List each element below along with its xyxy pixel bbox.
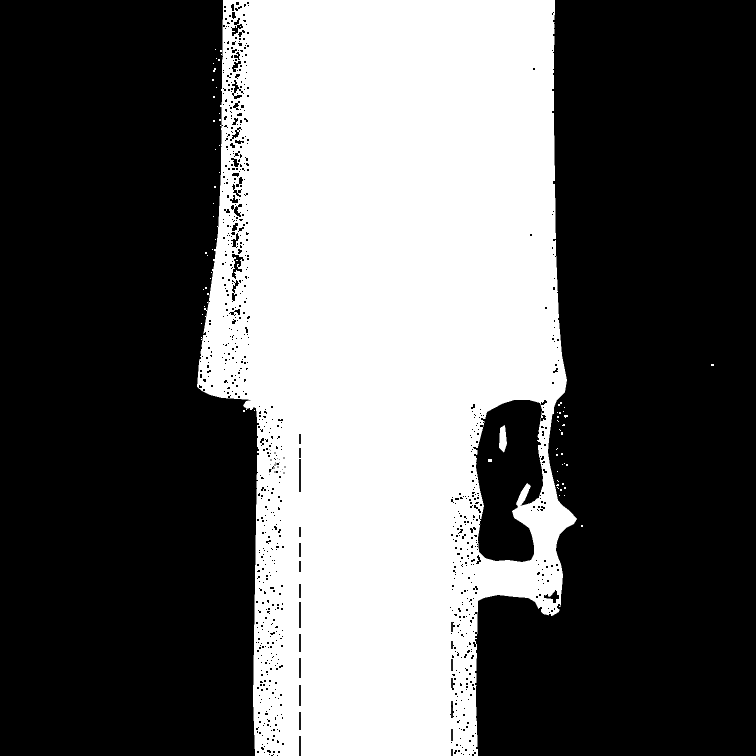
left-top-edge-noise-speckle <box>222 56 223 57</box>
left-bottom-edge-noise-speckle <box>265 439 266 440</box>
left-top-inner-string-speckle <box>240 235 241 236</box>
left-top-edge-noise-speckle <box>227 294 229 296</box>
right-bottom-edge-noise-speckle <box>459 610 461 612</box>
right-bottom-edge-noise-speckle <box>476 542 477 543</box>
left-top-edge-noise-speckle <box>228 244 229 245</box>
right-bottom-edge-noise-speckle <box>464 521 466 523</box>
left-bottom-edge-noise-speckle <box>273 656 274 657</box>
left-top-edge-noise-speckle <box>246 119 247 120</box>
left-top-edge-noise-speckle <box>244 61 246 63</box>
void-left-fringe-noise-speckle <box>481 425 483 427</box>
left-bottom-edge-noise-speckle <box>270 556 271 557</box>
right-bottom-edge-noise-speckle <box>466 609 468 611</box>
left-bottom-edge-noise-speckle <box>265 506 267 508</box>
void-left-fringe-noise-speckle <box>470 435 471 436</box>
void-left-fringe-noise-speckle <box>471 451 472 452</box>
left-top-edge-noise-speckle <box>232 219 233 220</box>
left-bottom-edge-noise-speckle <box>278 751 280 753</box>
left-top-edge-noise-speckle <box>244 194 245 195</box>
right-bottom-edge-noise-speckle <box>477 546 478 547</box>
tail-white-fringe-speckle <box>243 410 245 412</box>
left-bottom-edge-noise-speckle <box>273 619 275 621</box>
left-top-edge-noise-speckle <box>237 128 239 130</box>
left-top-outer-white-specks-speckle <box>215 49 216 50</box>
right-top-edge-jitter-speckle <box>552 248 553 249</box>
left-bottom-edge-noise-speckle <box>276 455 277 456</box>
void-left-fringe-noise-speckle <box>476 540 477 541</box>
left-top-edge-noise-speckle <box>224 183 225 184</box>
void-left-fringe-noise-speckle <box>482 432 484 434</box>
channel-outer-white-specks-speckle <box>556 485 557 486</box>
left-top-outer-white-specks-speckle <box>214 307 215 308</box>
left-bottom-edge-noise-speckle <box>273 466 274 467</box>
left-top-inner-string-speckle <box>235 26 236 27</box>
left-top-inner-string-speckle <box>233 240 236 243</box>
left-top-edge-noise-speckle <box>234 216 235 217</box>
left-bottom-edge-noise-speckle <box>262 487 264 489</box>
left-bottom-edge-noise-speckle <box>257 751 259 753</box>
left-top-inner-string-speckle <box>238 141 241 144</box>
void-left-fringe-noise-speckle <box>480 538 482 540</box>
left-top-inner-string-speckle <box>232 164 233 165</box>
left-top-inner-string-speckle <box>233 269 236 272</box>
right-bottom-edge-noise-speckle <box>460 684 462 686</box>
left-bottom-edge-noise-speckle <box>273 735 275 737</box>
left-top-edge-noise-speckle <box>224 284 226 286</box>
left-bottom-edge-noise-speckle <box>279 634 280 635</box>
right-bottom-edge-noise-speckle <box>469 740 471 742</box>
left-bottom-edge-noise-speckle <box>264 746 265 747</box>
left-top-inner-string-speckle <box>238 43 239 44</box>
channel-ragged-noise-speckle <box>539 420 540 421</box>
channel-ragged-noise-speckle <box>534 454 535 455</box>
left-top-inner-string-speckle <box>238 258 239 259</box>
left-bottom-edge-noise-speckle <box>269 613 270 614</box>
left-top-edge-noise-speckle <box>235 107 236 108</box>
left-top-inner-string-speckle <box>232 283 233 284</box>
left-top-edge-noise-speckle <box>243 93 244 94</box>
finger-boundary-noise-speckle <box>537 573 539 575</box>
left-top-inner-string-speckle <box>234 259 236 261</box>
left-top-edge-noise-speckle <box>231 158 233 160</box>
left-top-outer-white-specks-speckle <box>220 273 222 275</box>
right-bottom-edge-noise-speckle <box>458 533 459 534</box>
channel-ragged-noise-speckle <box>541 448 542 449</box>
void-left-fringe-noise-speckle <box>485 518 487 520</box>
left-top-edge-noise-speckle <box>235 351 236 352</box>
left-top-inner-string-speckle <box>241 179 243 181</box>
right-bottom-edge-noise-speckle <box>466 683 468 685</box>
right-bottom-edge-noise-speckle <box>475 671 477 673</box>
left-bottom-edge-noise-speckle <box>273 754 274 755</box>
vertical-scratch-line <box>299 736 301 756</box>
left-top-edge-noise-speckle <box>236 234 238 236</box>
left-bottom-edge-noise-speckle <box>282 636 283 637</box>
left-shoulder-edge-noise-speckle <box>199 317 200 318</box>
left-bottom-edge-noise-speckle <box>259 406 260 407</box>
right-bottom-edge-noise-speckle <box>475 725 476 726</box>
shoulder-outer-white-specks-speckle <box>203 289 204 290</box>
left-top-edge-noise-speckle <box>245 393 247 395</box>
left-bottom-edge-noise-speckle <box>263 684 265 686</box>
channel-ragged-noise-speckle <box>543 507 545 509</box>
left-shoulder-edge-noise-speckle <box>207 242 208 243</box>
right-bottom-edge-noise-speckle <box>473 642 475 644</box>
left-bottom-edge-noise-speckle <box>263 416 264 417</box>
left-shoulder-edge-noise-speckle <box>199 385 200 386</box>
left-top-inner-string-speckle <box>238 74 240 76</box>
left-top-inner-string-speckle <box>235 200 236 201</box>
tail-white-fringe-speckle <box>250 403 251 404</box>
left-bottom-edge-noise-speckle <box>266 422 267 423</box>
left-bottom-edge-noise-speckle <box>268 720 270 722</box>
right-top-edge-jitter-speckle <box>555 239 556 240</box>
left-shoulder-edge-noise-speckle <box>203 315 204 316</box>
channel-outer-white-specks-speckle <box>560 489 562 491</box>
right-bottom-edge-noise-speckle <box>460 683 461 684</box>
right-bottom-edge-noise-speckle <box>470 681 472 683</box>
left-bottom-edge-noise-speckle <box>266 413 267 414</box>
left-top-edge-noise-speckle <box>246 329 248 331</box>
left-top-edge-noise-speckle <box>234 182 235 183</box>
left-top-edge-noise-speckle <box>223 88 224 89</box>
left-top-edge-noise-speckle <box>245 157 246 158</box>
left-top-edge-noise-speckle <box>248 277 249 278</box>
channel-ragged-noise-speckle <box>539 458 540 459</box>
left-bottom-edge-noise-speckle <box>264 592 266 594</box>
left-shoulder-edge-noise-speckle <box>203 379 205 381</box>
void-left-fringe-noise-speckle <box>480 409 481 410</box>
right-bottom-edge-noise-speckle <box>458 608 460 610</box>
left-top-edge-noise-speckle <box>246 269 247 270</box>
white-speck-right-background <box>711 364 714 366</box>
right-bottom-edge-noise-speckle <box>466 633 467 634</box>
left-top-edge-noise-speckle <box>230 395 231 396</box>
left-top-inner-string-speckle <box>232 240 233 241</box>
left-top-edge-noise-speckle <box>228 279 230 281</box>
channel-ragged-noise-speckle <box>542 431 544 433</box>
right-bottom-edge-noise-speckle <box>480 693 481 694</box>
left-bottom-edge-noise-speckle <box>273 590 275 592</box>
left-shoulder-edge-noise-speckle <box>203 267 204 268</box>
left-top-edge-noise-speckle <box>225 100 227 102</box>
channel-outer-white-specks-speckle <box>564 487 566 489</box>
void-left-fringe-noise-speckle <box>476 455 477 456</box>
left-top-inner-string-speckle <box>233 173 236 176</box>
left-top-edge-noise-speckle <box>239 89 241 91</box>
left-top-inner-string-speckle <box>239 113 242 116</box>
right-bottom-edge-noise-speckle <box>466 565 467 566</box>
left-bottom-edge-noise-speckle <box>277 546 279 548</box>
right-bottom-edge-noise-speckle <box>454 578 455 579</box>
left-bottom-edge-noise-speckle <box>257 423 259 425</box>
left-top-edge-noise-speckle <box>244 6 245 7</box>
left-bottom-edge-noise-speckle <box>264 680 266 682</box>
left-top-edge-noise-speckle <box>230 336 231 337</box>
left-top-edge-noise-speckle <box>231 375 233 377</box>
void-left-fringe-noise-speckle <box>474 414 475 415</box>
right-bottom-edge-noise-speckle <box>466 689 467 690</box>
left-top-edge-noise-speckle <box>242 141 244 143</box>
left-bottom-edge-noise-speckle <box>259 552 260 553</box>
channel-outer-white-specks-speckle <box>561 453 563 455</box>
left-top-edge-noise-speckle <box>244 334 245 335</box>
left-bottom-edge-noise-speckle <box>282 718 283 719</box>
left-bottom-edge-noise-speckle <box>271 406 273 408</box>
left-top-inner-string-speckle <box>235 103 238 106</box>
left-top-edge-noise-speckle <box>229 105 230 106</box>
left-shoulder-edge-noise-speckle <box>197 357 198 358</box>
left-bottom-edge-noise-speckle <box>256 601 258 603</box>
left-bottom-edge-noise-speckle <box>280 704 282 706</box>
void-left-fringe-noise-speckle <box>486 496 487 497</box>
right-bottom-edge-noise-speckle <box>460 630 461 631</box>
channel-ragged-noise-speckle <box>538 424 539 425</box>
left-bottom-edge-noise-speckle <box>270 633 271 634</box>
right-bottom-edge-noise-speckle <box>467 549 468 550</box>
right-bottom-edge-noise-speckle <box>468 699 469 700</box>
shoulder-outer-white-specks-speckle <box>202 314 203 315</box>
left-shoulder-edge-noise-speckle <box>211 351 212 352</box>
channel-ragged-noise-speckle <box>532 469 533 470</box>
left-top-edge-noise-speckle <box>246 369 247 370</box>
left-top-edge-noise-speckle <box>247 143 248 144</box>
right-bottom-edge-noise-speckle <box>460 745 461 746</box>
right-bottom-edge-noise-speckle <box>454 678 456 680</box>
channel-ragged-noise-speckle <box>532 484 533 485</box>
right-bottom-edge-noise-speckle <box>467 646 468 647</box>
left-top-edge-noise-speckle <box>240 252 241 253</box>
right-bottom-edge-noise-speckle <box>452 707 453 708</box>
channel-ragged-noise-speckle <box>538 432 539 433</box>
left-top-edge-noise-speckle <box>223 237 225 239</box>
void-left-fringe-noise-speckle <box>474 535 475 536</box>
right-bottom-edge-noise-speckle <box>451 633 452 634</box>
left-top-edge-noise-speckle <box>223 25 225 27</box>
left-top-inner-string-speckle <box>239 131 240 132</box>
left-top-edge-noise-speckle <box>229 328 230 329</box>
right-bottom-edge-noise-speckle <box>462 566 463 567</box>
channel-ragged-noise-speckle <box>532 485 534 487</box>
left-top-inner-string-speckle <box>239 317 241 319</box>
left-top-edge-noise-speckle <box>242 30 244 32</box>
left-bottom-edge-noise-speckle <box>262 646 264 648</box>
left-top-edge-noise-speckle <box>228 41 229 42</box>
finger-boundary-noise-speckle <box>540 607 542 609</box>
right-bottom-edge-noise-speckle <box>466 616 467 617</box>
left-shoulder-edge-noise-speckle <box>206 276 207 277</box>
left-top-edge-noise-speckle <box>227 149 228 150</box>
left-top-edge-noise-speckle <box>240 24 242 26</box>
left-top-edge-noise-speckle <box>227 392 229 394</box>
right-bottom-edge-noise-speckle <box>456 670 457 671</box>
left-top-edge-noise-speckle <box>227 22 229 24</box>
void-left-fringe-noise-speckle <box>482 547 484 549</box>
left-top-outer-white-specks-speckle <box>221 89 223 91</box>
right-bottom-edge-noise-speckle <box>452 657 453 658</box>
left-top-inner-string-speckle <box>238 7 240 9</box>
left-top-edge-noise-speckle <box>229 77 230 78</box>
finger-boundary-noise-speckle <box>546 566 548 568</box>
left-shoulder-edge-noise-speckle <box>209 283 211 285</box>
right-bottom-edge-noise-speckle <box>451 534 453 536</box>
left-top-edge-noise-speckle <box>240 368 241 369</box>
left-top-edge-noise-speckle <box>245 78 246 79</box>
void-left-fringe-noise-speckle <box>483 451 485 453</box>
left-bottom-edge-noise-speckle <box>260 702 261 703</box>
void-left-fringe-noise-speckle <box>471 471 473 473</box>
left-bottom-edge-noise-speckle <box>268 541 269 542</box>
channel-outer-white-specks-speckle <box>560 430 561 431</box>
shoulder-outer-white-specks-speckle <box>201 337 202 338</box>
left-bottom-edge-noise-speckle <box>271 492 273 494</box>
channel-ragged-noise-speckle <box>541 458 543 460</box>
left-top-edge-noise-speckle <box>223 344 224 345</box>
right-top-edge-jitter-speckle <box>554 59 556 61</box>
left-top-inner-string-speckle <box>234 96 237 99</box>
left-bottom-edge-noise-speckle <box>277 715 278 716</box>
gray-speckle-patch-speckle <box>274 471 276 473</box>
left-top-edge-noise-speckle <box>247 317 249 319</box>
left-bottom-edge-noise-speckle <box>272 529 273 530</box>
left-bottom-edge-noise-speckle <box>271 706 272 707</box>
finger-boundary-noise-speckle <box>542 569 543 570</box>
right-bottom-edge-noise-speckle <box>473 745 474 746</box>
left-top-inner-string-speckle <box>238 309 240 311</box>
left-top-outer-white-specks-speckle <box>220 373 222 375</box>
left-shoulder-edge-noise-speckle <box>202 255 204 257</box>
right-top-edge-jitter-speckle <box>556 185 557 186</box>
left-top-edge-noise-speckle <box>225 52 226 53</box>
left-top-edge-noise-speckle <box>247 2 249 4</box>
void-left-fringe-noise-speckle <box>477 493 478 494</box>
left-top-inner-string-speckle <box>233 272 234 273</box>
shoulder-outer-white-specks-speckle <box>204 374 206 376</box>
left-shoulder-edge-noise-speckle <box>211 258 213 260</box>
left-top-edge-noise-speckle <box>244 381 245 382</box>
right-top-edge-jitter-speckle <box>558 360 559 361</box>
left-top-edge-noise-speckle <box>232 308 234 310</box>
right-bottom-edge-noise-speckle <box>476 650 478 652</box>
left-top-inner-string-speckle <box>234 265 237 268</box>
channel-ragged-noise-speckle <box>536 496 538 498</box>
left-top-inner-string-speckle <box>233 69 236 72</box>
left-top-inner-string-speckle <box>235 283 238 286</box>
void-left-fringe-noise-speckle <box>483 484 485 486</box>
left-top-edge-noise-speckle <box>222 263 224 265</box>
left-shoulder-edge-noise-speckle <box>203 260 205 262</box>
finger-boundary-noise-speckle <box>554 598 556 600</box>
tail-white-fringe-speckle <box>253 399 255 401</box>
right-bottom-edge-noise-speckle <box>466 518 467 519</box>
left-bottom-edge-noise-speckle <box>265 409 266 410</box>
left-shoulder-edge-noise-speckle <box>202 356 203 357</box>
channel-ragged-noise-speckle <box>538 510 539 511</box>
left-top-edge-noise-speckle <box>247 321 248 322</box>
left-top-inner-string-speckle <box>239 69 241 71</box>
left-top-edge-noise-speckle <box>230 154 231 155</box>
shoulder-outer-white-specks-speckle <box>207 293 209 295</box>
right-bottom-edge-noise-speckle <box>458 750 460 752</box>
void-left-fringe-noise-speckle <box>473 404 475 406</box>
left-bottom-edge-noise-speckle <box>267 642 269 644</box>
void-left-fringe-noise-speckle <box>471 546 473 548</box>
left-bottom-edge-noise-speckle <box>280 520 281 521</box>
left-top-edge-noise-speckle <box>233 281 234 282</box>
left-top-edge-noise-speckle <box>230 111 231 112</box>
left-shoulder-edge-noise-speckle <box>203 313 205 315</box>
channel-ragged-noise-speckle <box>534 405 535 406</box>
channel-ragged-noise-speckle <box>541 402 542 403</box>
shoulder-outer-white-specks-speckle <box>214 316 215 317</box>
shoulder-outer-white-specks-speckle <box>210 278 211 279</box>
left-top-edge-noise-speckle <box>240 212 241 213</box>
right-bottom-edge-noise-speckle <box>478 542 479 543</box>
void-left-fringe-noise-speckle <box>472 493 473 494</box>
right-bottom-edge-noise-speckle <box>453 502 454 503</box>
tail-white-fringe-speckle <box>256 407 257 408</box>
right-bottom-edge-noise-speckle <box>459 535 460 536</box>
left-top-edge-noise-speckle <box>223 219 224 220</box>
channel-ragged-noise-speckle <box>533 506 535 508</box>
gray-speckle-patch-speckle <box>274 464 276 466</box>
left-top-edge-noise-speckle <box>225 140 226 141</box>
right-bottom-edge-noise-speckle <box>455 750 457 752</box>
shoulder-outer-white-specks-speckle <box>206 310 207 311</box>
right-bottom-edge-noise-speckle <box>475 683 477 685</box>
left-top-edge-noise-speckle <box>229 161 230 162</box>
left-top-edge-noise-speckle <box>231 236 232 237</box>
left-bottom-edge-noise-speckle <box>275 724 277 726</box>
left-bottom-edge-noise-speckle <box>261 489 263 491</box>
left-bottom-edge-noise-speckle <box>278 507 279 508</box>
right-bottom-edge-noise-speckle <box>465 524 466 525</box>
channel-outer-white-specks-speckle <box>557 484 559 486</box>
left-bottom-edge-noise-speckle <box>257 571 258 572</box>
left-bottom-edge-noise-speckle <box>281 446 282 447</box>
left-bottom-edge-noise-speckle <box>267 509 268 510</box>
tail-white-fringe-speckle <box>246 409 247 410</box>
left-top-edge-noise-speckle <box>227 382 228 383</box>
left-bottom-edge-noise-speckle <box>273 740 274 741</box>
left-top-inner-string-speckle <box>234 55 237 58</box>
gray-speckle-patch-speckle <box>269 474 270 475</box>
right-bottom-edge-noise-speckle <box>470 599 472 601</box>
left-top-edge-noise-speckle <box>232 337 233 338</box>
left-bottom-edge-noise-speckle <box>271 633 273 635</box>
void-left-fringe-noise-speckle <box>479 524 480 525</box>
right-bottom-edge-noise-speckle <box>479 518 480 519</box>
void-left-fringe-noise-speckle <box>483 415 484 416</box>
void-left-fringe-noise-speckle <box>473 406 475 408</box>
right-bottom-edge-noise-speckle <box>469 601 470 602</box>
left-top-inner-string-speckle <box>235 204 236 205</box>
void-left-fringe-noise-speckle <box>471 552 473 554</box>
left-top-edge-noise-speckle <box>244 301 246 303</box>
left-top-inner-string-speckle <box>232 273 235 276</box>
void-left-fringe-noise-speckle <box>477 456 479 458</box>
channel-ragged-noise-speckle <box>543 469 545 471</box>
left-bottom-edge-noise-speckle <box>264 723 265 724</box>
left-bottom-edge-noise-speckle <box>257 472 258 473</box>
left-top-inner-string-speckle <box>237 201 238 202</box>
left-top-edge-noise-speckle <box>239 179 241 181</box>
left-top-inner-string-speckle <box>236 53 237 54</box>
channel-outer-white-specks-speckle <box>559 412 561 414</box>
shoulder-outer-white-specks-speckle <box>205 287 207 289</box>
shoulder-outer-white-specks-speckle <box>209 356 211 358</box>
right-bottom-edge-noise-speckle <box>468 558 469 559</box>
